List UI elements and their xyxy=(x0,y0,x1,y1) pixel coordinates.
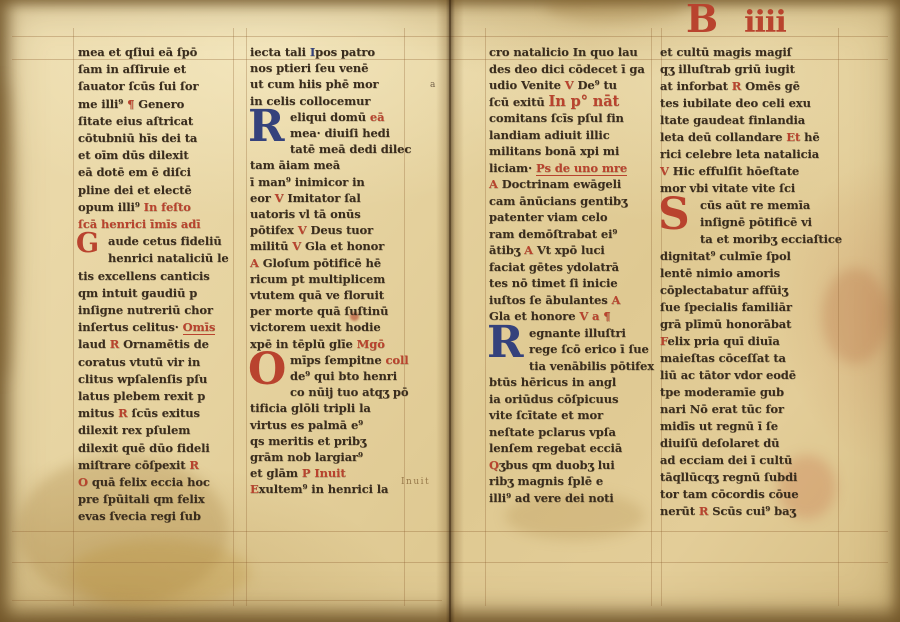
manuscript-line: pline dei et electē xyxy=(78,182,232,199)
body-text: militū xyxy=(250,239,292,253)
manuscript-line: btūs hēricus in angl xyxy=(489,374,651,391)
manuscript-line: tpe moderamīe gub xyxy=(660,384,840,401)
manuscript-line: ad ecciam dei ī cultū xyxy=(660,452,840,469)
manuscript-line: iuſtos ſe ābulantes A xyxy=(489,292,651,309)
manuscript-line: inſertus celitus· Omīs xyxy=(78,319,232,336)
manuscript-line: patenter viam celo xyxy=(489,209,651,226)
ruling-line xyxy=(485,28,486,606)
body-text: btūs hēricus in angl xyxy=(489,375,616,389)
manuscript-line: me illi⁹ ¶ Genero xyxy=(78,96,232,113)
body-text: Omēs gē xyxy=(745,79,800,93)
manuscript-line: lentē nimio amoris xyxy=(660,265,840,282)
manuscript-line: O quā felix eccia hoc xyxy=(78,474,232,491)
manuscript-line: lenſem regebat ecciā xyxy=(489,440,651,457)
body-text: elix pria quī diuīa xyxy=(667,334,779,348)
manuscript-line: dignitat⁹ culmīe ſpol xyxy=(660,248,840,265)
manuscript-line: A Gloſum pōtificē hē xyxy=(250,255,408,271)
rubric-text: Omīs xyxy=(183,320,216,335)
rubric-text: Q xyxy=(489,458,499,472)
body-text: ricum pt multiplicem xyxy=(250,272,385,286)
rubric-text: E xyxy=(250,482,259,496)
body-text: tam āiam meā xyxy=(250,158,340,172)
body-text: ſitate eius aſtricat xyxy=(78,114,193,128)
manuscript-line: Felix pria quī diuīa xyxy=(660,333,840,350)
manuscript-line: pōtifex V Deus tuor xyxy=(250,222,408,238)
text-column-2: iecta tali Ipos patronos ptieri ſeu venē… xyxy=(250,44,408,498)
body-text: Hic effulſit hōeſtate xyxy=(673,164,799,178)
manuscript-line: maieſtas cōceſſat ta xyxy=(660,350,840,367)
drop-cap-initial: S xyxy=(658,194,690,236)
body-text: uatoris vl tā onūs xyxy=(250,207,361,221)
rubric-text: V xyxy=(565,78,578,92)
manuscript-line: eā dotē em ē diſci xyxy=(78,164,232,181)
body-text: qʒ illuſtrab griū iugit xyxy=(660,62,795,76)
manuscript-line: nari Nō erat tūc for xyxy=(660,401,840,418)
manuscript-line: neſtate pclarus vpſa xyxy=(489,424,651,441)
ruling-line xyxy=(12,600,442,601)
body-text: Imitator ſal xyxy=(287,191,360,205)
body-text: ſue ſpecialis familiār xyxy=(660,300,792,314)
manuscript-line: ricum pt multiplicem xyxy=(250,271,408,287)
body-text: ia oriūdus cōſpicuus xyxy=(489,392,618,406)
body-text: rici celebre leta natalicia xyxy=(660,147,819,161)
body-text: quā felix eccia hoc xyxy=(92,475,210,489)
body-text: evas ſvecia regi ſub xyxy=(78,509,201,523)
body-text: victorem uexit hodie xyxy=(250,320,381,334)
body-text: rege ſcō erico ī ſue xyxy=(529,342,649,356)
rubric-text: V xyxy=(660,164,673,178)
body-text: Doctrinam ewāgeli xyxy=(502,177,621,191)
body-text: diuiſū deſolaret dū xyxy=(660,436,779,450)
body-text: ſcū exitū xyxy=(489,95,549,109)
body-text: leta deū collandare xyxy=(660,130,786,144)
manuscript-line: victorem uexit hodie xyxy=(250,319,408,335)
body-text: tāqllūcqʒ regnū ſubdi xyxy=(660,470,797,484)
manuscript-line: qʒ illuſtrab griū iugit xyxy=(660,61,840,78)
body-text: opum illi⁹ xyxy=(78,200,144,214)
rubric-text: R xyxy=(118,406,131,420)
manuscript-line: cōplectabatur affūiʒ xyxy=(660,282,840,299)
body-text: tia venābilis pōtifex xyxy=(529,359,654,373)
manuscript-line: militans bonā xpi mi xyxy=(489,143,651,160)
body-text: mea et qſiui eā ſpō xyxy=(78,45,197,59)
marginal-note: Inuit xyxy=(401,477,430,487)
ruling-line xyxy=(233,28,234,606)
manuscript-line: et oīm dūs dilexit xyxy=(78,147,232,164)
body-text: hē xyxy=(800,130,819,144)
body-text: de⁹ qui bto henri xyxy=(290,369,397,383)
rubric-text: Ps de uno mre xyxy=(536,161,627,176)
ruling-line xyxy=(246,28,247,606)
body-text: tificia glōli tripli la xyxy=(250,401,371,415)
rubric-text: Et xyxy=(786,130,800,144)
gutter-crease xyxy=(449,0,451,622)
folio-signature-numeral: iiii xyxy=(744,5,786,40)
body-text: xultem⁹ in henrici la xyxy=(259,482,389,496)
manuscript-line: ſitate eius aſtricat xyxy=(78,113,232,130)
manuscript-line: tāqllūcqʒ regnū ſubdi xyxy=(660,469,840,486)
body-text: inſignē pōtificē vi xyxy=(700,215,812,229)
body-text: patenter viam celo xyxy=(489,210,607,224)
body-text: tis excellens canticis xyxy=(78,269,210,283)
body-text: et cultū magis magiſ xyxy=(660,45,792,59)
body-text: ltate gaudeat finlandia xyxy=(660,113,805,127)
manuscript-line: nerūt R Scūs cui⁹ baʒ xyxy=(660,503,840,520)
rubric-text: V a ¶ xyxy=(579,309,610,323)
manuscript-line: qm intuit gaudiū p xyxy=(78,285,232,302)
manuscript-line: tam āiam meā xyxy=(250,157,408,173)
rubric-text: A xyxy=(612,293,621,307)
body-text: neſtate pclarus vpſa xyxy=(489,425,616,439)
rubric-text: R xyxy=(189,458,198,472)
manuscript-spread: Biiii mea et qſiui eā ſpōſam in aſſiruie… xyxy=(0,0,900,622)
manuscript-line: at inforbat R Omēs gē xyxy=(660,78,840,95)
manuscript-line: cro natalicio In quo lau xyxy=(489,44,651,61)
body-text: vite ſcītate et mor xyxy=(489,408,603,422)
drop-cap-initial: O xyxy=(248,349,286,391)
rubric-text: In feſto xyxy=(144,200,191,214)
manuscript-line: ſcū exitū In p° nāt xyxy=(489,94,651,111)
body-text: comitans ſcīs pſul fin xyxy=(489,111,624,125)
body-text: militans bonā xpi mi xyxy=(489,144,619,158)
manuscript-line: grām nob largiar⁹ xyxy=(250,449,408,465)
drop-cap-initial: G xyxy=(76,230,99,257)
text-column-4: et cultū magis magiſqʒ illuſtrab griū iu… xyxy=(660,44,840,520)
body-text: pos patro xyxy=(315,45,375,59)
body-text: liciam· xyxy=(489,161,536,175)
manuscript-line: miſtrare cōſpexit R xyxy=(78,457,232,474)
body-text: egnante illuſtri xyxy=(529,326,626,340)
body-text: De⁹ tu xyxy=(578,78,617,92)
manuscript-line: ltate gaudeat finlandia xyxy=(660,112,840,129)
manuscript-line: ribʒ magnis ſplē e xyxy=(489,473,651,490)
body-text: co nūij tuo atqʒ pō xyxy=(290,385,408,399)
body-text: tes nō timet ſi inicie xyxy=(489,276,618,290)
body-text: ātibʒ xyxy=(489,243,524,257)
body-text: tpe moderamīe gub xyxy=(660,385,784,399)
manuscript-line: rici celebre leta natalicia xyxy=(660,146,840,163)
manuscript-line: Qʒbus qm duobʒ lui xyxy=(489,457,651,474)
body-text: ribʒ magnis ſplē e xyxy=(489,474,603,488)
body-text: dilexit quē dūo fideli xyxy=(78,441,210,455)
rubric-text: V xyxy=(298,223,311,237)
body-text: ſcūs exitus xyxy=(131,406,199,420)
manuscript-line: militū V Gla et honor xyxy=(250,238,408,254)
body-text: udio Venite xyxy=(489,78,565,92)
manuscript-line: ſam in aſſiruie et xyxy=(78,61,232,78)
rubric-text: A xyxy=(524,243,537,257)
body-text: clitus wpſalenſis pſu xyxy=(78,372,207,386)
manuscript-line: henrici nataliciū le xyxy=(78,250,232,267)
body-text: lenſem regebat ecciā xyxy=(489,441,622,455)
manuscript-line: pre ſpūitali qm felix xyxy=(78,491,232,508)
body-text: vtutem quā ve floruit xyxy=(250,288,384,302)
manuscript-line: eor V Imitator ſal xyxy=(250,190,408,206)
manuscript-line: leta deū collandare Et hē xyxy=(660,129,840,146)
body-text: tes iubilate deo celi exu xyxy=(660,96,811,110)
body-text: cūs aūt re memīa xyxy=(700,198,810,212)
body-text: tor tam cōcordis cōue xyxy=(660,487,799,501)
body-text: et glām xyxy=(250,466,302,480)
manuscript-line: ut cum hiis phē mor xyxy=(250,76,408,92)
manuscript-line: ſauator ſcūs ſui ſor xyxy=(78,78,232,95)
manuscript-line: Exultem⁹ in henrici la xyxy=(250,481,408,497)
manuscript-line: tes nō timet ſi inicie xyxy=(489,275,651,292)
manuscript-line: evas ſvecia regi ſub xyxy=(78,508,232,525)
manuscript-line: vtutem quā ve floruit xyxy=(250,287,408,303)
rubric-text: R xyxy=(110,337,123,351)
manuscript-line: qs meritis et pribʒ xyxy=(250,433,408,449)
rubric-text: A xyxy=(489,177,502,191)
rubric-text: Mgō xyxy=(357,337,385,351)
body-text: lentē nimio amoris xyxy=(660,266,780,280)
manuscript-line: dilexit quē dūo fideli xyxy=(78,440,232,457)
body-text: aude cetus fideliū xyxy=(108,234,222,248)
text-column-1: mea et qſiui eā ſpōſam in aſſiruie etſau… xyxy=(78,44,232,526)
rubric-text: coll xyxy=(386,353,409,367)
ruling-line xyxy=(651,28,652,606)
manuscript-line: ſue ſpecialis familiār xyxy=(660,299,840,316)
body-text: dilexit rex pſulem xyxy=(78,423,190,437)
body-text: nos ptieri ſeu venē xyxy=(250,61,368,75)
manuscript-line: V Hic effulſit hōeſtate xyxy=(660,163,840,180)
manuscript-line: comitans ſcīs pſul fin xyxy=(489,110,651,127)
manuscript-line: liciam· Ps de uno mre xyxy=(489,160,651,177)
rubric-text: R xyxy=(732,79,745,93)
manuscript-line: inſigne nutreriū chor xyxy=(78,302,232,319)
manuscript-line: cōtubniū hīs dei ta xyxy=(78,130,232,147)
manuscript-line: cam ānūcians gentibʒ xyxy=(489,193,651,210)
manuscript-line: tis excellens canticis xyxy=(78,268,232,285)
manuscript-line: mea et qſiui eā ſpō xyxy=(78,44,232,61)
manuscript-line: vite ſcītate et mor xyxy=(489,407,651,424)
manuscript-line: aude cetus fideliū xyxy=(78,233,232,250)
body-text: ſam in aſſiruie et xyxy=(78,62,186,76)
rubric-text: V xyxy=(292,239,305,253)
body-text: ʒbus qm duobʒ lui xyxy=(499,458,615,472)
manuscript-line: iecta tali Ipos patro xyxy=(250,44,408,60)
body-text: nerūt xyxy=(660,504,699,518)
body-text: Ornamētis de xyxy=(123,337,209,351)
manuscript-line: A Doctrinam ewāgeli xyxy=(489,176,651,193)
body-text: henrici nataliciū le xyxy=(108,251,229,265)
body-text: maieſtas cōceſſat ta xyxy=(660,351,786,365)
manuscript-line: diuiſū deſolaret dū xyxy=(660,435,840,452)
body-text: cro natalicio In quo lau xyxy=(489,45,638,59)
manuscript-line: clitus wpſalenſis pſu xyxy=(78,371,232,388)
manuscript-line: uatoris vl tā onūs xyxy=(250,206,408,222)
manuscript-line: latus plebem rexit p xyxy=(78,388,232,405)
body-text: qm intuit gaudiū p xyxy=(78,286,197,300)
rubric-text: O xyxy=(78,475,92,489)
body-text: ram demōſtrabat ei⁹ xyxy=(489,227,617,241)
body-text: iecta tali xyxy=(250,45,310,59)
body-text: Genero xyxy=(138,97,184,111)
manuscript-line: grā plīmū honorābat xyxy=(660,316,840,333)
body-text: Vt xpō luci xyxy=(537,243,605,257)
rubric-text: A xyxy=(250,256,263,270)
manuscript-line: midīs ut regnū ī ſe xyxy=(660,418,840,435)
manuscript-line: liū ac tātor vdor eodē xyxy=(660,367,840,384)
body-text: des deo dici cōdecet ī ga xyxy=(489,62,645,76)
body-text: nari Nō erat tūc for xyxy=(660,402,784,416)
body-text: Deus tuor xyxy=(310,223,373,237)
rubric-text: eā xyxy=(370,110,385,124)
body-text: per morte quā ſuſtinū xyxy=(250,304,388,318)
manuscript-line: laud R Ornamētis de xyxy=(78,336,232,353)
stain xyxy=(70,540,250,606)
body-text: ut cum hiis phē mor xyxy=(250,77,379,91)
body-text: midīs ut regnū ī ſe xyxy=(660,419,778,433)
body-text: laud xyxy=(78,337,110,351)
body-text: iuſtos ſe ābulantes xyxy=(489,293,612,307)
ruling-line xyxy=(73,28,74,606)
body-text: ſauator ſcūs ſui ſor xyxy=(78,79,198,93)
body-text: dignitat⁹ culmīe ſpol xyxy=(660,249,791,263)
text-column-3: cro natalicio In quo laudes deo dici cōd… xyxy=(489,44,651,506)
manuscript-line: ia oriūdus cōſpicuus xyxy=(489,391,651,408)
rubric-text: P Inuit xyxy=(302,466,346,480)
manuscript-line: tificia glōli tripli la xyxy=(250,400,408,416)
body-text: liū ac tātor vdor eodē xyxy=(660,368,796,382)
body-text: mitus xyxy=(78,406,118,420)
manuscript-line: des deo dici cōdecet ī ga xyxy=(489,61,651,78)
manuscript-line: ſcā henrici īmīs adī xyxy=(78,216,232,233)
folio-signature-letter: B xyxy=(686,0,720,41)
body-text: miſtrare cōſpexit xyxy=(78,458,189,472)
body-text: eā dotē em ē diſci xyxy=(78,165,191,179)
body-text: mea· diuiſi hedi xyxy=(290,126,390,140)
folio-signature: Biiii xyxy=(686,0,786,40)
body-text: et oīm dūs dilexit xyxy=(78,148,189,162)
marginal-mark: a xyxy=(430,80,435,90)
body-text: grā plīmū honorābat xyxy=(660,317,791,331)
body-text: ī man⁹ inimicor in xyxy=(250,175,365,189)
body-text: me illi⁹ xyxy=(78,97,127,111)
manuscript-line: ātibʒ A Vt xpō luci xyxy=(489,242,651,259)
body-text: pline dei et electē xyxy=(78,183,192,197)
manuscript-line: ī man⁹ inimicor in xyxy=(250,174,408,190)
rubric-text: In p° nāt xyxy=(549,93,620,110)
body-text: grām nob largiar⁹ xyxy=(250,450,363,464)
body-text: qs meritis et pribʒ xyxy=(250,434,366,448)
body-text: pre ſpūitali qm felix xyxy=(78,492,205,506)
manuscript-line: landiam adiuit illic xyxy=(489,127,651,144)
body-text: cam ānūcians gentibʒ xyxy=(489,194,627,208)
manuscript-line: faciat gētes ydolatrā xyxy=(489,259,651,276)
rubric-text: R xyxy=(699,504,712,518)
body-text: virtus es palmā e⁹ xyxy=(250,418,363,432)
manuscript-line: coratus vtutū vir in xyxy=(78,354,232,371)
rubric-text: ¶ xyxy=(127,97,138,111)
manuscript-line: dilexit rex pſulem xyxy=(78,422,232,439)
manuscript-line: udio Venite V De⁹ tu xyxy=(489,77,651,94)
body-text: inſigne nutreriū chor xyxy=(78,303,213,317)
manuscript-line: per morte quā ſuſtinū xyxy=(250,303,408,319)
manuscript-line: ram demōſtrabat ei⁹ xyxy=(489,226,651,243)
body-text: cōplectabatur affūiʒ xyxy=(660,283,788,297)
manuscript-line: et cultū magis magiſ xyxy=(660,44,840,61)
body-text: cōtubniū hīs dei ta xyxy=(78,131,197,145)
body-text: pōtifex xyxy=(250,223,298,237)
body-text: ad ecciam dei ī cultū xyxy=(660,453,792,467)
drop-cap-initial: R xyxy=(487,322,523,364)
body-text: latus plebem rexit p xyxy=(78,389,205,403)
manuscript-line: et glām P Inuit xyxy=(250,465,408,481)
body-text: Gloſum pōtificē hē xyxy=(263,256,381,270)
manuscript-line: tes iubilate deo celi exu xyxy=(660,95,840,112)
body-text: illi⁹ ad vere dei noti xyxy=(489,491,614,505)
body-text: coratus vtutū vir in xyxy=(78,355,200,369)
manuscript-line: nos ptieri ſeu venē xyxy=(250,60,408,76)
drop-cap-initial: R xyxy=(248,106,284,148)
manuscript-line: opum illi⁹ In feſto xyxy=(78,199,232,216)
body-text: eor xyxy=(250,191,275,205)
manuscript-line: tor tam cōcordis cōue xyxy=(660,486,840,503)
body-text: mīps ſempitne xyxy=(290,353,386,367)
body-text: Scūs cui⁹ baʒ xyxy=(712,504,796,518)
manuscript-line: illi⁹ ad vere dei noti xyxy=(489,490,651,507)
body-text: at inforbat xyxy=(660,79,732,93)
body-text: Gla et honor xyxy=(305,239,384,253)
body-text: tatē meā dedi dilec xyxy=(290,142,411,156)
body-text: faciat gētes ydolatrā xyxy=(489,260,619,274)
manuscript-line: virtus es palmā e⁹ xyxy=(250,417,408,433)
body-text: landiam adiuit illic xyxy=(489,128,610,142)
body-text: inſertus celitus· xyxy=(78,320,183,334)
body-text: eliqui domū xyxy=(290,110,370,124)
rubric-text: V xyxy=(275,191,288,205)
manuscript-line: mitus R ſcūs exitus xyxy=(78,405,232,422)
body-text: ta et moribʒ ecciaſtice xyxy=(700,232,842,246)
